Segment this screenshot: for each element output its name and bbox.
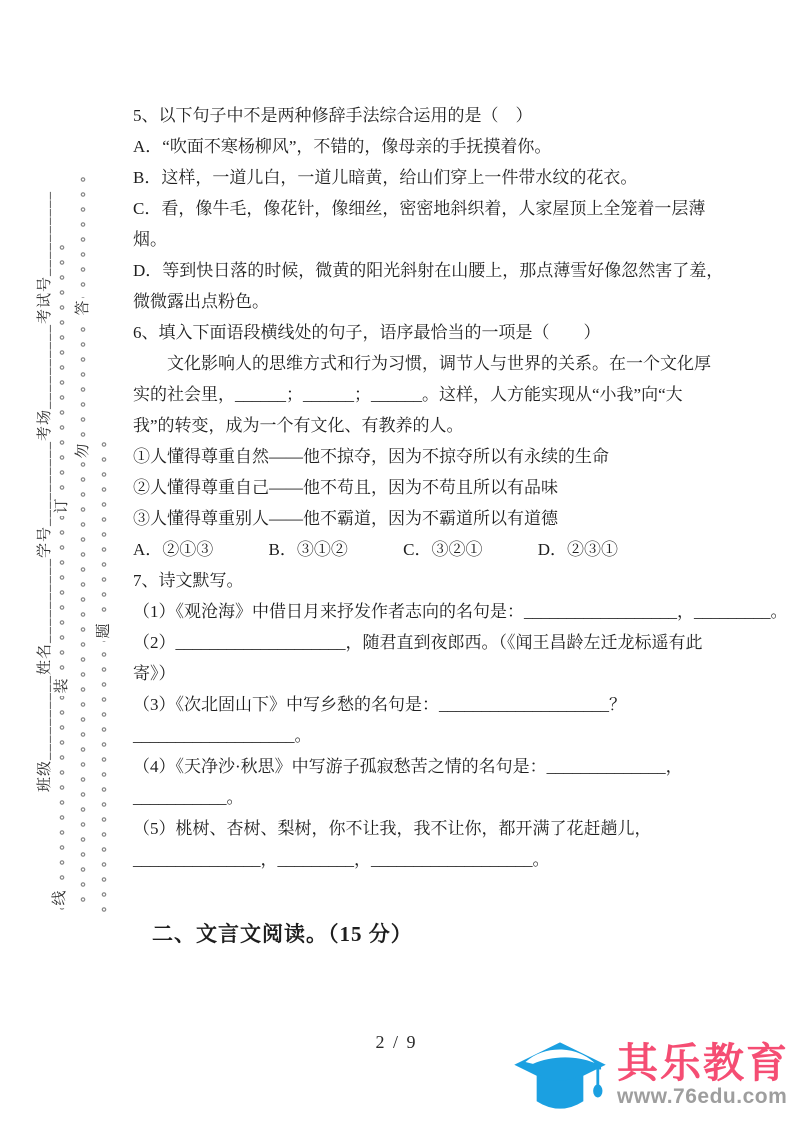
student-info-fields: 班级__________姓名__________学号__________考场__… (33, 227, 53, 792)
option-item: D．②③① (538, 534, 618, 565)
brand-url: www.76edu.com (617, 1085, 787, 1108)
question-line: 6、填入下面语段横线处的句子，语序最恰当的一项是（ ） (133, 317, 698, 348)
question-line: （2）____________________，随君直到夜郎西。（《闻王昌龄左迁… (133, 627, 698, 658)
list-item: ①人懂得尊重自然——他不掠夺，因为不掠夺所以有永续的生命 (133, 441, 698, 472)
binding-char: 装 (52, 676, 72, 696)
answer-options-row: A．②①③ B．③①② C．③②① D．②③① (133, 534, 618, 565)
passage-line: 实的社会里，______；______；______。这样，人方能实现从“小我”… (133, 379, 698, 410)
exam-paper-page: 答 勿 订 题 装 线 班级__________姓名__________学号__… (0, 0, 793, 1122)
binding-char: 订 (52, 496, 72, 516)
blank-line: _______________，_________，______________… (133, 844, 698, 875)
passage-line: 我”的转变，成为一个有文化、有教养的人。 (133, 410, 698, 441)
document-body: 5、以下句子中不是两种修辞手法综合运用的是（ ） A．“吹面不寒杨柳风”，不错的… (133, 100, 698, 950)
option-line: B．这样，一道儿白，一道儿暗黄，给山们穿上一件带水纹的花衣。 (133, 162, 698, 193)
question-line: （1）《观沧海》中借日月来抒发作者志向的名句是：________________… (133, 596, 698, 627)
binding-char: 答 (73, 298, 93, 318)
option-line: D．等到快日落的时候，微黄的阳光斜射在山腰上，那点薄雪好像忽然害了羞， (133, 255, 698, 286)
blank-line: ___________________。 (133, 720, 698, 751)
option-item: B．③①② (269, 534, 348, 565)
question-line: 7、诗文默写。 (133, 565, 698, 596)
option-line: 烟。 (133, 224, 698, 255)
option-line: C．看，像牛毛，像花针，像细丝，密密地斜织着，人家屋顶上全笼着一层薄 (133, 193, 698, 224)
list-item: ③人懂得尊重别人——他不霸道，因为不霸道所以有道德 (133, 503, 698, 534)
blank-line: ___________。 (133, 782, 698, 813)
binding-char: 勿 (73, 441, 93, 461)
option-line: 微微露出点粉色。 (133, 286, 698, 317)
question-line: （5）桃树、杏树、梨树，你不让我，我不让你，都开满了花赶趟儿， (133, 813, 698, 844)
question-line: （3）《次北固山下》中写乡愁的名句是：____________________？ (133, 689, 698, 720)
question-line: （4）《天净沙·秋思》中写游子孤寂愁苦之情的名句是：______________… (133, 751, 698, 782)
graduation-cap-icon (507, 1034, 613, 1118)
option-item: C．③②① (403, 534, 482, 565)
brand-logo: 其乐教育 www.76edu.com (507, 1034, 789, 1118)
binding-dotted-line (101, 437, 107, 915)
option-item: A．②①③ (133, 534, 213, 565)
binding-dotted-line (80, 172, 86, 908)
section-heading: 二、文言文阅读。（15 分） (152, 919, 698, 950)
brand-name: 其乐教育 (617, 1043, 789, 1084)
list-item: ②人懂得尊重自己——他不苟且，因为不苟且所以有品味 (133, 472, 698, 503)
question-line: 寄》） (133, 658, 698, 689)
binding-char: 线 (50, 888, 70, 908)
question-line: 5、以下句子中不是两种修辞手法综合运用的是（ ） (133, 100, 698, 131)
option-line: A．“吹面不寒杨柳风”，不错的，像母亲的手抚摸着你。 (133, 131, 698, 162)
binding-char: 题 (94, 621, 114, 641)
passage-line: 文化影响人的思维方式和行为习惯，调节人与世界的关系。在一个文化厚 (133, 348, 698, 379)
binding-dotted-line (59, 240, 65, 912)
